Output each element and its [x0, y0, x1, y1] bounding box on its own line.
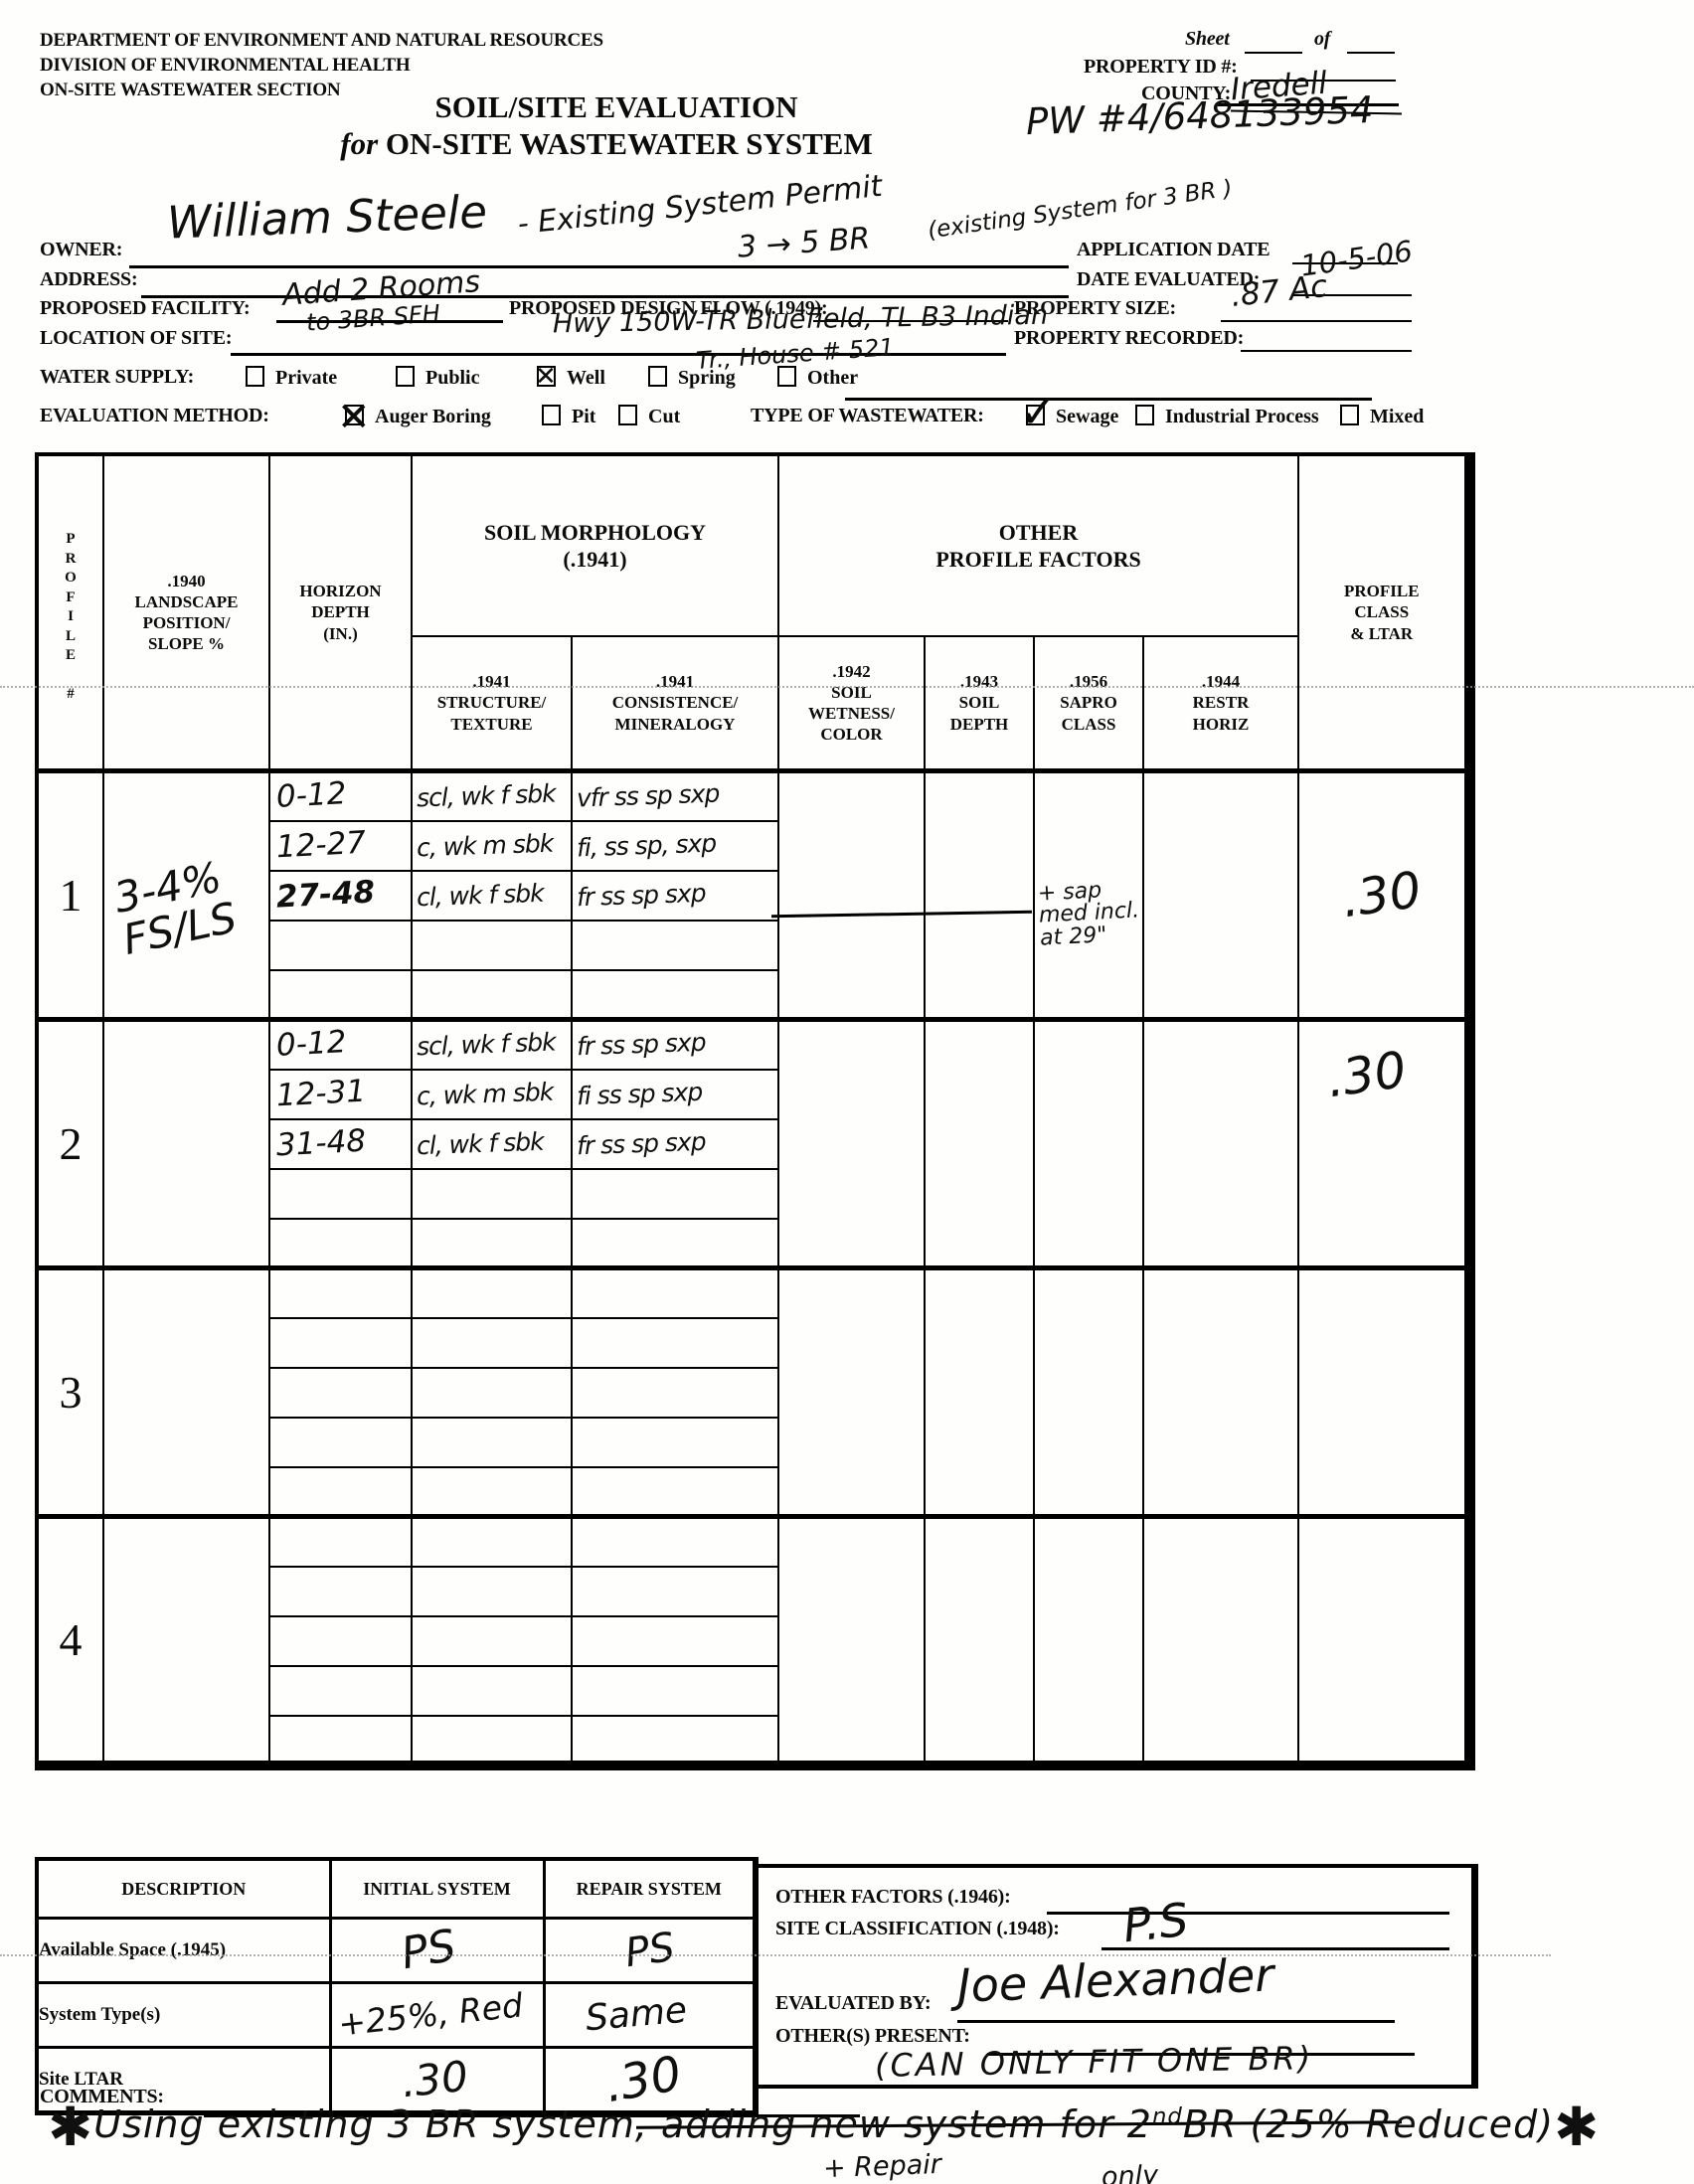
well-label: Well — [567, 367, 605, 389]
profile-3-depth-3 — [269, 1368, 412, 1418]
profile-2-class-cell: .30 — [1298, 1020, 1469, 1268]
profile-2-sapro-cell — [1034, 1020, 1143, 1268]
profile-3-consistence-1 — [572, 1268, 778, 1318]
evaluation-option-auger: Auger Boring — [345, 405, 491, 428]
profile-2-class-handwriting: .30 — [1324, 1045, 1410, 1106]
profile-1-class-cell: .30 — [1298, 771, 1469, 1020]
comment-superscript: nd — [1152, 2103, 1183, 2129]
cut-label: Cut — [648, 406, 680, 427]
system-types-initial-cell: +25%, Red — [330, 1983, 544, 2048]
location-handwriting: Hwy 150W-TR Bluefield, TL B3 Indian — [553, 302, 1048, 338]
mixed-checkbox — [1340, 405, 1359, 425]
agency-line-2: DIVISION OF ENVIRONMENTAL HEALTH — [40, 55, 410, 77]
site-classification-label: SITE CLASSIFICATION (.1948): — [775, 1918, 1060, 1940]
profile-4-structure-2 — [412, 1567, 572, 1616]
profile-3-landscape-cell — [103, 1268, 269, 1517]
profile-1-sapro-note-handwriting: + sap med incl. at 29" — [1037, 878, 1141, 950]
profile-4-consistence-4 — [572, 1666, 778, 1716]
profile-3-structure-2 — [412, 1318, 572, 1368]
profile-4-structure-3 — [412, 1616, 572, 1666]
profile-2-structure-5 — [412, 1219, 572, 1268]
profile-3-wetness-cell — [778, 1268, 925, 1517]
profile-3-consistence-4 — [572, 1418, 778, 1467]
owner-note3-handwriting: (existing System for 3 BR ) — [927, 178, 1234, 244]
sheet-label: Sheet — [1185, 28, 1230, 51]
sewage-label: Sewage — [1056, 406, 1118, 427]
scan-artifact-line-1 — [0, 686, 1694, 688]
address-label: ADDRESS: — [40, 268, 137, 291]
profile-3-soil-depth-cell — [925, 1268, 1034, 1517]
profile-4-class-cell — [1298, 1517, 1469, 1765]
comment-star-right: ✱ — [1554, 2096, 1600, 2158]
public-label: Public — [425, 367, 479, 389]
soil-profile-table: P R O F I L E # .1940 LANDSCAPE POSITION… — [35, 452, 1475, 1770]
profile-4-sapro-cell — [1034, 1517, 1143, 1765]
profile-4-soil-depth-cell — [925, 1517, 1034, 1765]
other-label: Other — [807, 367, 858, 389]
system-summary-table: DESCRIPTION INITIAL SYSTEM REPAIR SYSTEM… — [35, 1857, 759, 2115]
profile-4-depth-1 — [269, 1517, 412, 1567]
profile-2-restr-cell — [1143, 1020, 1298, 1268]
profile-4-depth-4 — [269, 1666, 412, 1716]
summary-header-description: DESCRIPTION — [37, 1859, 330, 1919]
profile-2-structure-1: scl, wk f sbk — [412, 1020, 572, 1070]
profile-2-consistence-2: fi ss sp sxp — [572, 1070, 778, 1119]
property-size-handwriting: .87 Ac — [1230, 271, 1329, 313]
profile-1-structure-2: c, wk m sbk — [412, 821, 572, 871]
profile-1-number: 1 — [37, 771, 103, 1020]
profile-1-structure-4 — [412, 921, 572, 970]
profile-1-depth-3: 27-48 — [269, 871, 412, 921]
profile-4-restr-cell — [1143, 1517, 1298, 1765]
landscape-header: .1940 LANDSCAPE POSITION/ SLOPE % — [103, 454, 269, 771]
soil-wetness-header: .1942 SOIL WETNESS/ COLOR — [778, 636, 925, 771]
profile-3-structure-3 — [412, 1368, 572, 1418]
profile-4-structure-5 — [412, 1716, 572, 1765]
cut-checkbox — [618, 405, 637, 425]
wastewater-option-mixed: Mixed — [1340, 405, 1424, 428]
comment-text-2: BR (25% Reduced) — [1183, 2102, 1554, 2146]
profile-2-consistence-3: fr ss sp sxp — [572, 1119, 778, 1169]
profile-2-landscape-cell — [103, 1020, 269, 1268]
soil-depth-header: .1943 SOIL DEPTH — [925, 636, 1034, 771]
comment-above-handwriting: (CAN ONLY FIT ONE BR) — [875, 2042, 1314, 2082]
profile-4-wetness-cell — [778, 1517, 925, 1765]
profile-3-structure-4 — [412, 1418, 572, 1467]
profile-4-consistence-2 — [572, 1567, 778, 1616]
profile-4-depth-3 — [269, 1616, 412, 1666]
profile-2-depth-2: 12-31 — [269, 1070, 412, 1119]
private-label: Private — [275, 367, 337, 389]
form-title-line-2-text: ON-SITE WASTEWATER SYSTEM — [386, 126, 873, 161]
profile-1-consistence-4 — [572, 921, 778, 970]
profile-1-depth-5 — [269, 970, 412, 1020]
comment-text-1: Using existing 3 BR system, adding new s… — [93, 2102, 1152, 2146]
auger-boring-label: Auger Boring — [375, 406, 491, 427]
profile-3-consistence-2 — [572, 1318, 778, 1368]
wastewater-option-sewage: Sewage — [1026, 405, 1118, 428]
profile-4-structure-4 — [412, 1666, 572, 1716]
site-ltar-initial-handwriting: .30 — [399, 2055, 469, 2104]
proposed-facility-rule — [276, 320, 503, 323]
profile-1-consistence-2: fi, ss sp, sxp — [572, 821, 778, 871]
pit-label: Pit — [572, 406, 595, 427]
profile-1-consistence-5 — [572, 970, 778, 1020]
profile-3-structure-1 — [412, 1268, 572, 1318]
water-supply-option-other: Other — [777, 366, 858, 390]
evaluated-by-label: EVALUATED BY: — [775, 1992, 932, 2015]
profile-2-depth-4 — [269, 1169, 412, 1219]
summary-header-repair: REPAIR SYSTEM — [544, 1859, 756, 1919]
water-supply-label: WATER SUPPLY: — [40, 366, 194, 389]
water-supply-option-public: Public — [396, 366, 479, 390]
public-checkbox — [396, 366, 415, 387]
profile-4-landscape-cell — [103, 1517, 269, 1765]
evaluated-by-signature: Joe Alexander — [956, 1951, 1274, 2009]
profile-1-structure-1: scl, wk f sbk — [412, 771, 572, 821]
comment-below-handwriting-1: + Repair — [823, 2151, 942, 2183]
location-label: LOCATION OF SITE: — [40, 327, 232, 350]
profile-2-depth-1: 0-12 — [269, 1020, 412, 1070]
profile-class-header: PROFILE CLASS & LTAR — [1298, 454, 1469, 771]
restr-horiz-header: .1944 RESTR HORIZ — [1143, 636, 1298, 771]
pit-checkbox — [542, 405, 561, 425]
profile-4-depth-5 — [269, 1716, 412, 1765]
form-title-for: for — [340, 126, 378, 161]
profile-1-soil-depth-cell — [925, 771, 1034, 1020]
system-types-initial-handwriting: +25%, Red — [336, 1989, 524, 2042]
profile-4-consistence-1 — [572, 1517, 778, 1567]
profile-4-depth-2 — [269, 1567, 412, 1616]
profile-1-consistence-1: vfr ss sp sxp — [572, 771, 778, 821]
profile-4-structure-1 — [412, 1517, 572, 1567]
property-recorded-rule — [1241, 350, 1412, 352]
mixed-label: Mixed — [1370, 406, 1424, 427]
profile-2-depth-5 — [269, 1219, 412, 1268]
profile-4-consistence-5 — [572, 1716, 778, 1765]
property-recorded-label: PROPERTY RECORDED: — [1014, 327, 1244, 350]
profile-3-consistence-5 — [572, 1467, 778, 1517]
spring-label: Spring — [678, 367, 736, 389]
profile-3-number: 3 — [37, 1268, 103, 1517]
profile-1-depth-4 — [269, 921, 412, 970]
profile-1-restr-cell — [1143, 771, 1298, 1020]
other-profile-factors-header: OTHER PROFILE FACTORS — [778, 454, 1298, 636]
profile-3-depth-5 — [269, 1467, 412, 1517]
evaluation-option-pit: Pit — [542, 405, 595, 428]
profile-2-consistence-4 — [572, 1169, 778, 1219]
profile-3-sapro-cell — [1034, 1268, 1143, 1517]
proposed-facility-label: PROPOSED FACILITY: — [40, 297, 250, 320]
profile-1-depth-2: 12-27 — [269, 821, 412, 871]
comment-main-handwriting: ✱Using existing 3 BR system, adding new … — [48, 2100, 1600, 2154]
evaluation-option-cut: Cut — [618, 405, 680, 428]
profile-1-sapro-cell: + sap med incl. at 29" — [1034, 771, 1143, 1020]
profile-1-depth-1: 0-12 — [269, 771, 412, 821]
wastewater-option-industrial: Industrial Process — [1135, 405, 1319, 428]
profile-2-structure-2: c, wk m sbk — [412, 1070, 572, 1119]
sewage-checkbox — [1026, 405, 1045, 425]
profile-1-class-handwriting: .30 — [1339, 865, 1425, 926]
profile-2-soil-depth-cell — [925, 1020, 1034, 1268]
sapro-class-header: .1956 SAPRO CLASS — [1034, 636, 1143, 771]
form-title-line-1: SOIL/SITE EVALUATION — [298, 89, 934, 125]
comment-below-handwriting-2: only — [1101, 2162, 1159, 2184]
evaluation-method-label: EVALUATION METHOD: — [40, 405, 269, 427]
profile-1-landscape-cell: 3-4% FS/LS — [103, 771, 269, 1020]
soil-morphology-header: SOIL MORPHOLOGY (.1941) — [412, 454, 778, 636]
available-space-repair-handwriting: PS — [622, 1927, 677, 1973]
profile-2-consistence-1: fr ss sp sxp — [572, 1020, 778, 1070]
proposed-facility-handwriting-2: to 3BR SFH — [305, 301, 440, 335]
profile-3-class-cell — [1298, 1268, 1469, 1517]
private-checkbox — [246, 366, 264, 387]
water-supply-option-private: Private — [246, 366, 337, 390]
profile-2-number: 2 — [37, 1020, 103, 1268]
profile-3-depth-1 — [269, 1268, 412, 1318]
property-id-label: PROPERTY ID #: — [1084, 56, 1238, 79]
available-space-initial-handwriting: PS — [398, 1924, 458, 1977]
agency-line-1: DEPARTMENT OF ENVIRONMENT AND NATURAL RE… — [40, 30, 603, 52]
site-classification-handwriting: P.S — [1121, 1897, 1191, 1949]
summary-header-initial: INITIAL SYSTEM — [330, 1859, 544, 1919]
agency-line-3: ON-SITE WASTEWATER SECTION — [40, 80, 340, 101]
pw-number-handwriting: PW #4/648133954 — [1025, 91, 1374, 141]
available-space-initial-cell: PS — [330, 1919, 544, 1983]
comment-star-left: ✱ — [48, 2096, 93, 2158]
sheet-of-label: of — [1314, 28, 1330, 51]
profile-1-structure-5 — [412, 970, 572, 1020]
profile-1-consistence-3: fr ss sp sxp — [572, 871, 778, 921]
scanned-soil-site-evaluation-form: DEPARTMENT OF ENVIRONMENT AND NATURAL RE… — [0, 0, 1694, 2184]
sheet-of-blank-rule — [1347, 52, 1395, 54]
owner-rule — [129, 265, 1069, 268]
profile-4-consistence-3 — [572, 1616, 778, 1666]
consistence-mineralogy-header: .1941 CONSISTENCE/ MINERALOGY — [572, 636, 778, 771]
available-space-repair-cell: PS — [544, 1919, 756, 1983]
profile-2-structure-3: cl, wk f sbk — [412, 1119, 572, 1169]
horizon-depth-header: HORIZON DEPTH (IN.) — [269, 454, 412, 771]
application-date-label: APPLICATION DATE — [1077, 239, 1270, 261]
profile-3-depth-2 — [269, 1318, 412, 1368]
spring-checkbox — [648, 366, 667, 387]
other-factors-rule — [1047, 1912, 1449, 1915]
water-supply-other-rule — [845, 398, 1372, 401]
profile-number-header: P R O F I L E # — [37, 454, 103, 771]
others-present-label: OTHER(S) PRESENT: — [775, 2025, 970, 2048]
profile-3-consistence-3 — [572, 1368, 778, 1418]
structure-texture-header: .1941 STRUCTURE/ TEXTURE — [412, 636, 572, 771]
profile-1-landscape-handwriting: 3-4% FS/LS — [110, 855, 240, 962]
other-checkbox — [777, 366, 796, 387]
system-types-label: System Type(s) — [37, 1983, 330, 2048]
profile-2-depth-3: 31-48 — [269, 1119, 412, 1169]
owner-value-handwriting: William Steele — [166, 189, 487, 246]
owner-label: OWNER: — [40, 239, 122, 261]
profile-3-depth-4 — [269, 1418, 412, 1467]
system-types-repair-handwriting: Same — [584, 1992, 688, 2037]
evaluated-by-rule — [957, 2020, 1395, 2023]
profile-2-wetness-cell — [778, 1020, 925, 1268]
sheet-blank-rule — [1245, 52, 1302, 54]
profile-4-number: 4 — [37, 1517, 103, 1765]
system-types-repair-cell: Same — [544, 1983, 756, 2048]
well-checkbox — [537, 366, 556, 387]
scan-artifact-line-2 — [0, 1954, 1551, 1956]
owner-note2-handwriting: 3 → 5 BR — [737, 224, 871, 263]
available-space-label: Available Space (.1945) — [37, 1919, 330, 1983]
profile-2-structure-4 — [412, 1169, 572, 1219]
auger-boring-checkbox — [345, 405, 364, 425]
profile-1-structure-3: cl, wk f sbk — [412, 871, 572, 921]
profile-2-consistence-5 — [572, 1219, 778, 1268]
industrial-process-checkbox — [1135, 405, 1154, 425]
wastewater-type-label: TYPE OF WASTEWATER: — [751, 405, 984, 427]
property-size-rule — [1221, 320, 1412, 322]
other-factors-label: OTHER FACTORS (.1946): — [775, 1886, 1011, 1909]
water-supply-option-well: Well — [537, 366, 605, 390]
form-title-line-2: for ON-SITE WASTEWATER SYSTEM — [278, 126, 934, 162]
profile-3-restr-cell — [1143, 1268, 1298, 1517]
profile-3-structure-5 — [412, 1467, 572, 1517]
profile-1-wetness-cell — [778, 771, 925, 1020]
industrial-process-label: Industrial Process — [1165, 406, 1319, 427]
water-supply-option-spring: Spring — [648, 366, 736, 390]
